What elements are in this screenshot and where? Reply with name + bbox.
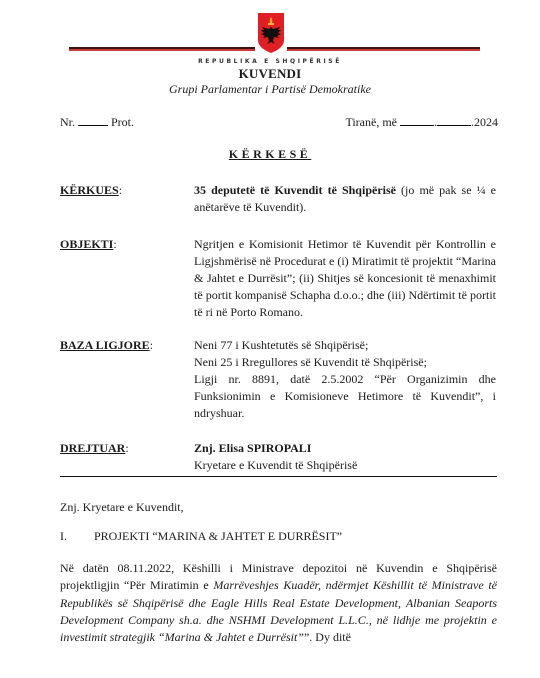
place-date: Tiranë, më ..2024 — [345, 115, 498, 130]
addressee-label: DREJTUAR: — [60, 441, 129, 456]
parliamentary-group: Grupi Parlamentar i Partisë Demokratike — [0, 82, 540, 97]
requester-label-text: KËRKUES — [60, 183, 119, 197]
legal-basis-item: Neni 77 i Kushtetutës së Shqipërisë; — [194, 337, 496, 354]
salutation: Znj. Kryetare e Kuvendit, — [60, 500, 184, 515]
month-blank — [437, 115, 471, 126]
albania-coat-of-arms-icon — [257, 12, 285, 54]
legal-basis-label-text: BAZA LIGJORE — [60, 338, 150, 352]
institution-name: KUVENDI — [0, 66, 540, 82]
subject-value: Ngritjen e Komisionit Hetimor të Kuvendi… — [194, 236, 496, 321]
section-number: I. — [60, 529, 94, 544]
addressee-name: Znj. Elisa SPIROPALI — [194, 441, 311, 455]
document-title: KËRKESË — [0, 147, 540, 162]
protocol-prefix: Nr. — [60, 115, 75, 129]
separator-rule — [60, 476, 497, 477]
requester-value-bold: 35 deputetë të Kuvendit të Shqipërisë — [194, 183, 396, 197]
requester-label: KËRKUES: — [60, 183, 122, 198]
addressee-value: Znj. Elisa SPIROPALI Kryetare e Kuvendit… — [194, 440, 496, 474]
legal-basis-colon: : — [150, 338, 153, 352]
subject-label-text: OBJEKTI — [60, 237, 113, 251]
protocol-number-blank — [78, 115, 108, 126]
subject-label: OBJEKTI: — [60, 237, 117, 252]
legal-basis-value: Neni 77 i Kushtetutës së Shqipërisë; Nen… — [194, 337, 496, 422]
requester-value: 35 deputetë të Kuvendit të Shqipërisë (j… — [194, 182, 496, 216]
addressee-title: Kryetare e Kuvendit të Shqipërisë — [194, 457, 496, 474]
legal-basis-item: Neni 25 i Rregullores së Kuvendit të Shq… — [194, 354, 496, 371]
protocol-number: Nr. Prot. — [60, 115, 134, 130]
legal-basis-item: Ligji nr. 8891, datë 2.5.2002 “Për Organ… — [194, 371, 496, 422]
day-blank — [400, 115, 434, 126]
subject-colon: : — [113, 237, 116, 251]
body-paragraph: Në datën 08.11.2022, Këshilli i Ministra… — [60, 560, 497, 646]
place-prefix: Tiranë, më — [345, 115, 397, 129]
header-rule-right — [287, 47, 480, 51]
addressee-label-text: DREJTUAR — [60, 441, 125, 455]
republic-name: REPUBLIKA E SHQIPËRISË — [0, 58, 540, 65]
requester-colon: : — [119, 183, 122, 197]
section-heading: I.PROJEKTI “MARINA & JAHTET E DURRËSIT” — [60, 529, 342, 544]
addressee-colon: : — [125, 441, 128, 455]
header-rule-left — [69, 47, 255, 51]
year: .2024 — [471, 115, 498, 129]
legal-basis-label: BAZA LIGJORE: — [60, 338, 153, 353]
section-title: PROJEKTI “MARINA & JAHTET E DURRËSIT” — [94, 529, 342, 543]
protocol-suffix: Prot. — [111, 115, 134, 129]
emblem — [257, 12, 285, 58]
body-after-italic: ”. Dy ditë — [304, 630, 351, 644]
document-title-text: KËRKESË — [229, 147, 312, 161]
document-page: REPUBLIKA E SHQIPËRISË KUVENDI Grupi Par… — [0, 0, 540, 678]
